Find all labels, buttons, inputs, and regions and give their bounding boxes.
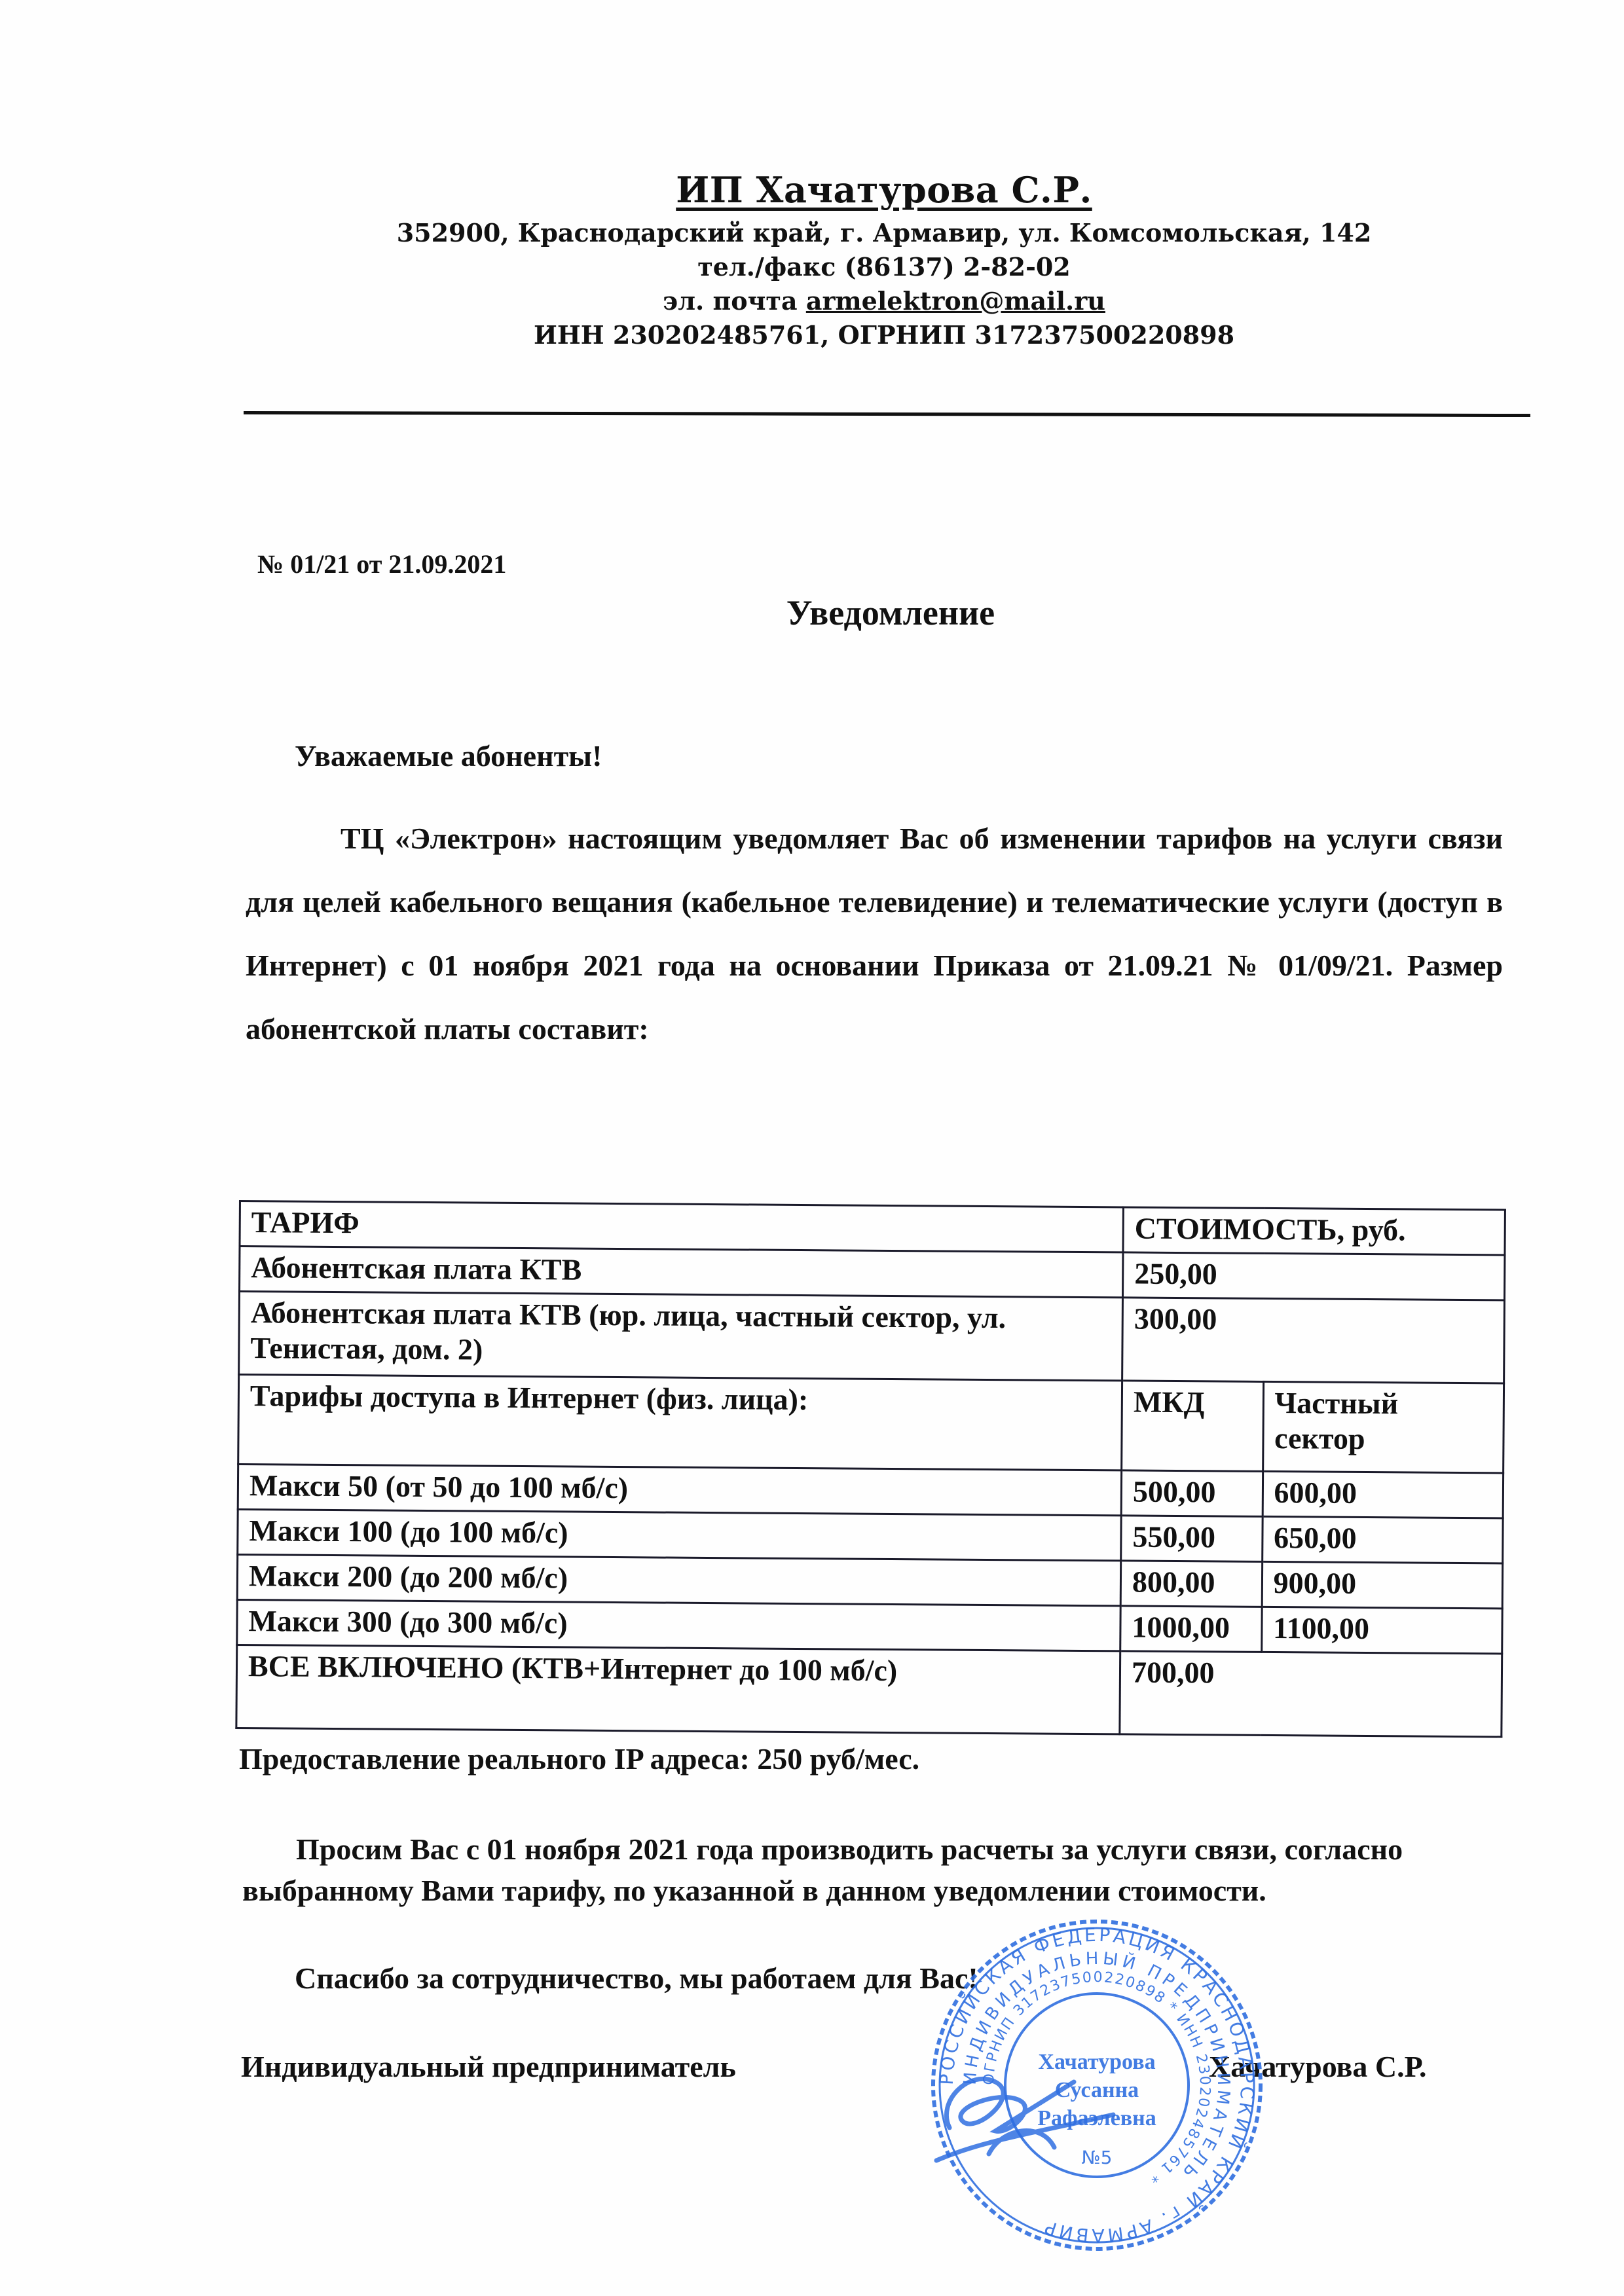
intro-paragraph: ТЦ «Электрон» настоящим уведомляет Вас о… [246,807,1503,1061]
tariff-price: 700,00 [1120,1651,1502,1737]
price-mkd: 500,00 [1121,1470,1263,1517]
greeting: Уважаемые абоненты! [295,738,602,773]
document-title: Уведомление [0,592,1624,633]
letterhead-divider [244,411,1530,417]
tariff-name: Макси 50 (от 50 до 100 мб/с) [238,1465,1121,1516]
col-private: Частный сектор [1263,1381,1504,1473]
tariff-name: Макси 200 (до 200 мб/с) [237,1554,1120,1605]
header-cost: СТОИМОСТЬ, руб. [1123,1207,1505,1255]
org-address: 352900, Краснодарский край, г. Армавир, … [242,216,1526,250]
handwritten-signature [923,2056,1120,2174]
price-private: 650,00 [1262,1516,1503,1563]
ip-address-note: Предоставление реального IP адреса: 250 … [239,1741,919,1776]
org-name: ИП Хачатурова С.Р. [242,164,1526,216]
email-label: эл. почта [663,286,798,316]
table-row-bundle: ВСЕ ВКЛЮЧЕНО (КТВ+Интернет до 100 мб/с) … [236,1645,1502,1736]
price-mkd: 550,00 [1121,1516,1263,1562]
header-tariff: ТАРИФ [240,1201,1123,1252]
table-row: Абонентская плата КТВ (юр. лица, частный… [239,1292,1505,1383]
org-ids: ИНН 230202485761, ОГРНИП 317237500220898 [242,318,1526,352]
price-mkd: 1000,00 [1120,1606,1262,1652]
tariff-name: Макси 100 (до 100 мб/с) [238,1509,1121,1560]
tariff-name: ВСЕ ВКЛЮЧЕНО (КТВ+Интернет до 100 мб/с) [236,1645,1120,1734]
org-phone: тел./факс (86137) 2-82-02 [242,250,1526,284]
price-private: 900,00 [1262,1561,1503,1609]
tariff-table: ТАРИФ СТОИМОСТЬ, руб. Абонентская плата … [235,1200,1506,1738]
internet-label: Тарифы доступа в Интернет (физ. лица): [238,1375,1122,1470]
internet-header-row: Тарифы доступа в Интернет (физ. лица): М… [238,1375,1504,1473]
letterhead: ИП Хачатурова С.Р. 352900, Краснодарский… [242,164,1526,352]
price-private: 1100,00 [1261,1607,1502,1654]
closing-paragraph: Просим Вас с 01 ноября 2021 года произво… [242,1829,1486,1911]
price-private: 600,00 [1263,1471,1504,1518]
document-page: ИП Хачатурова С.Р. 352900, Краснодарский… [0,0,1624,2296]
tariff-name: Макси 300 (до 300 мб/с) [237,1599,1120,1650]
email-link[interactable]: armelektron@mail.ru [806,286,1105,316]
tariff-price: 250,00 [1123,1252,1505,1300]
signatory-role: Индивидуальный предприниматель [241,2049,736,2084]
tariff-name: Абонентская плата КТВ [240,1247,1123,1298]
col-mkd: МКД [1122,1381,1264,1472]
tariff-price: 300,00 [1122,1298,1505,1383]
phone-label: тел./факс [697,252,836,282]
signature-icon [923,2056,1120,2174]
request-text: Просим Вас с 01 ноября 2021 года произво… [242,1832,1403,1907]
price-mkd: 800,00 [1120,1561,1262,1607]
tariff-name: Абонентская плата КТВ (юр. лица, частный… [239,1292,1123,1381]
phone-number: (86137) 2-82-02 [845,252,1071,282]
thanks-line: Спасибо за сотрудничество, мы работаем д… [295,1961,978,1995]
org-email: эл. почта armelektron@mail.ru [242,284,1526,318]
document-number: № 01/21 от 21.09.2021 [257,549,506,579]
